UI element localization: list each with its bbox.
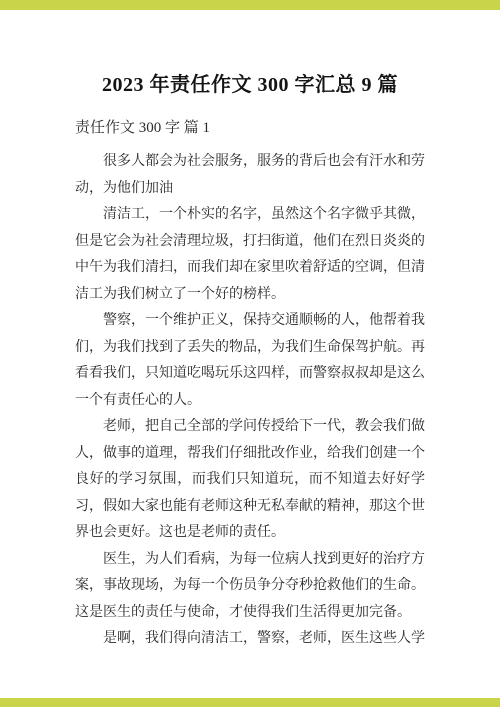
essay-paragraph: 警察，一个维护正义，保持交通顺畅的人，他帮着我们，为我们找到了丢失的物品，为我们… xyxy=(75,308,425,414)
essay-paragraph: 医生，为人们看病，为每一位病人找到更好的治疗方案，事故现场，为每一个伤员争分夺秒… xyxy=(75,547,425,627)
essay-paragraph: 清洁工，一个朴实的名字，虽然这个名字微乎其微，但是它会为社会清理垃圾，打扫街道，… xyxy=(75,202,425,308)
document-title: 2023 年责任作文 300 字汇总 9 篇 xyxy=(75,72,425,98)
essay-paragraph: 老师，把自己全部的学问传授给下一代，教会我们做人，做事的道理，帮我们仔细批改作业… xyxy=(75,414,425,547)
document-page: 2023 年责任作文 300 字汇总 9 篇 责任作文 300 字 篇 1 很多… xyxy=(0,0,500,707)
page-bottom-border xyxy=(0,698,500,707)
document-content: 2023 年责任作文 300 字汇总 9 篇 责任作文 300 字 篇 1 很多… xyxy=(75,0,425,653)
essay-paragraph: 是啊，我们得向清洁工，警察，老师，医生这些人学 xyxy=(75,626,425,653)
essay-body: 很多人都会为社会服务，服务的背后也会有汗水和劳动，为他们加油清洁工，一个朴实的名… xyxy=(75,149,425,653)
section-heading: 责任作文 300 字 篇 1 xyxy=(75,118,425,139)
essay-paragraph: 很多人都会为社会服务，服务的背后也会有汗水和劳动，为他们加油 xyxy=(75,149,425,202)
